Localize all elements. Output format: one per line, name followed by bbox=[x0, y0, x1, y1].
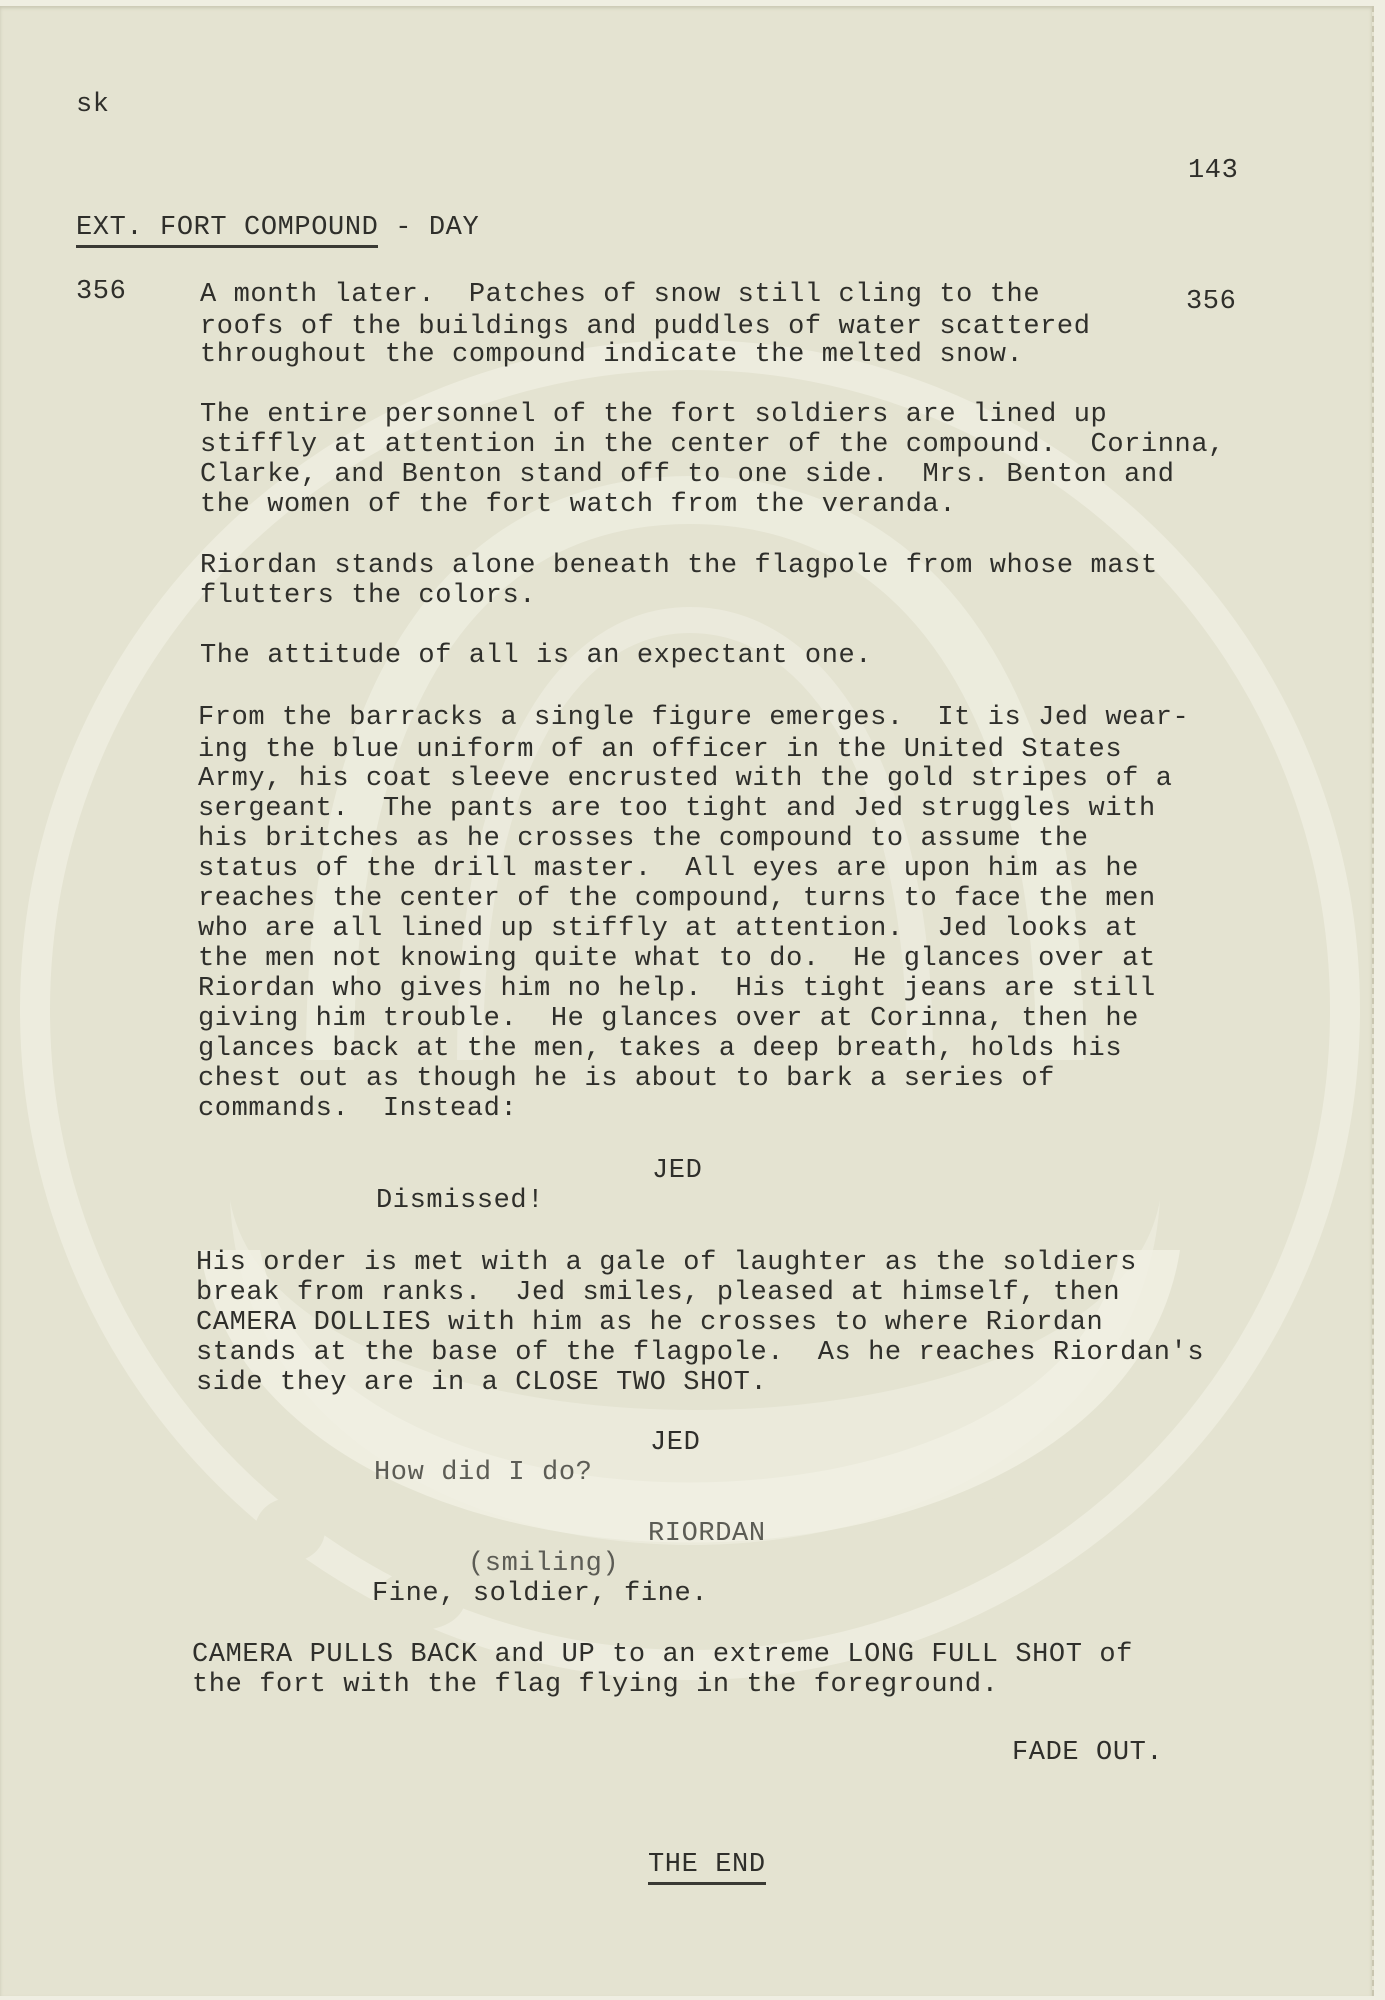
action-line: throughout the compound indicate the mel… bbox=[200, 342, 1023, 369]
action-line: the men not knowing quite what to do. He… bbox=[198, 946, 1156, 973]
action-line: sergeant. The pants are too tight and Je… bbox=[198, 796, 1156, 823]
action-line: the women of the fort watch from the ver… bbox=[200, 492, 956, 519]
action-line: giving him trouble. He glances over at C… bbox=[198, 1006, 1139, 1033]
action-line: His order is met with a gale of laughter… bbox=[196, 1250, 1137, 1277]
action-line: Riordan stands alone beneath the flagpol… bbox=[200, 553, 1158, 580]
page-number: 143 bbox=[1188, 158, 1238, 185]
action-line: Riordan who gives him no help. His tight… bbox=[198, 976, 1156, 1003]
action-line: status of the drill master. All eyes are… bbox=[198, 856, 1139, 883]
character-name: RIORDAN bbox=[648, 1521, 766, 1548]
the-end-text: THE END bbox=[648, 1850, 766, 1885]
character-name: JED bbox=[652, 1158, 702, 1185]
scene-heading-location: EXT. FORT COMPOUND bbox=[76, 213, 378, 248]
action-line: Clarke, and Benton stand off to one side… bbox=[200, 462, 1175, 489]
typist-initials: sk bbox=[76, 92, 110, 119]
transition: FADE OUT. bbox=[1012, 1740, 1163, 1767]
action-line: From the barracks a single figure emerge… bbox=[198, 705, 1189, 732]
action-line: roofs of the buildings and puddles of wa… bbox=[200, 314, 1091, 341]
action-line: the fort with the flag flying in the for… bbox=[192, 1672, 999, 1699]
action-line: flutters the colors. bbox=[200, 583, 536, 610]
scene-heading-time: - DAY bbox=[378, 213, 479, 243]
action-line: break from ranks. Jed smiles, pleased at… bbox=[196, 1280, 1120, 1307]
action-line: stiffly at attention in the center of th… bbox=[200, 432, 1225, 459]
scene-heading: EXT. FORT COMPOUND - DAY bbox=[76, 215, 479, 242]
action-line: stands at the base of the flagpole. As h… bbox=[196, 1340, 1204, 1367]
action-line: CAMERA PULLS BACK and UP to an extreme L… bbox=[192, 1642, 1133, 1669]
action-line: The entire personnel of the fort soldier… bbox=[200, 402, 1107, 429]
action-line: side they are in a CLOSE TWO SHOT. bbox=[196, 1370, 767, 1397]
action-line: ing the blue uniform of an officer in th… bbox=[198, 737, 1122, 764]
dialogue-line: How did I do? bbox=[374, 1460, 592, 1487]
action-line: CAMERA DOLLIES with him as he crosses to… bbox=[196, 1310, 1103, 1337]
dialogue-line: Dismissed! bbox=[376, 1188, 544, 1215]
action-line: The attitude of all is an expectant one. bbox=[200, 643, 872, 670]
action-line: who are all lined up stiffly at attentio… bbox=[198, 916, 1139, 943]
dialogue-line: Fine, soldier, fine. bbox=[372, 1581, 708, 1608]
action-line: commands. Instead: bbox=[198, 1096, 517, 1123]
character-name: JED bbox=[650, 1430, 700, 1457]
scene-number-left: 356 bbox=[76, 279, 126, 306]
action-line: his britches as he crosses the compound … bbox=[198, 826, 1089, 853]
action-line: A month later. Patches of snow still cli… bbox=[200, 282, 1040, 309]
action-line: Army, his coat sleeve encrusted with the… bbox=[198, 766, 1173, 793]
parenthetical: (smiling) bbox=[468, 1551, 619, 1578]
scene-number-right: 356 bbox=[1186, 289, 1236, 316]
action-line: reaches the center of the compound, turn… bbox=[198, 886, 1156, 913]
action-line: glances back at the men, takes a deep br… bbox=[198, 1036, 1122, 1063]
action-line: chest out as though he is about to bark … bbox=[198, 1066, 1055, 1093]
the-end: THE END bbox=[648, 1852, 766, 1879]
